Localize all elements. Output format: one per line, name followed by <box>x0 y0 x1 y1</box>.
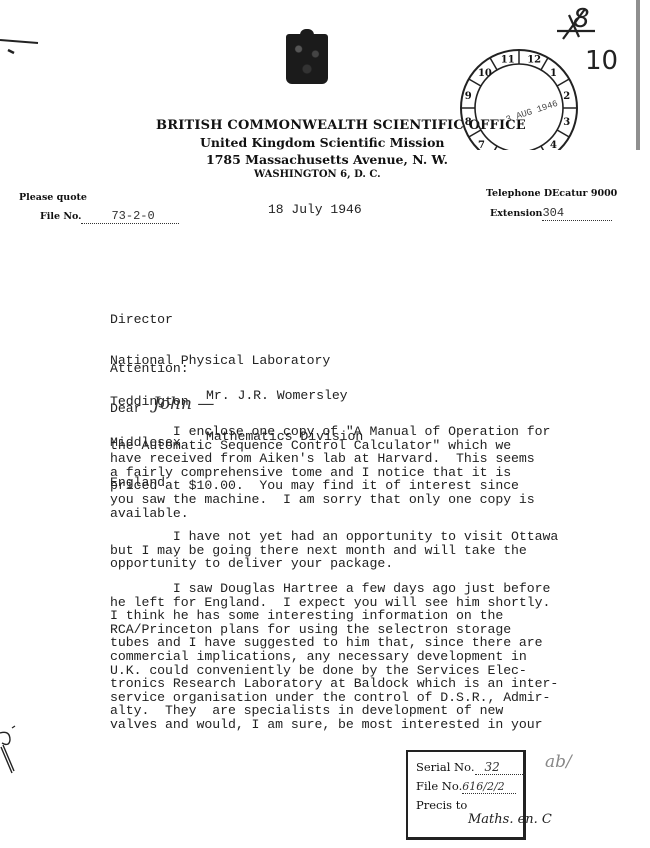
stamp-dial-number: 11 <box>501 55 515 66</box>
body-line: I think he has some interesting informat… <box>110 609 558 623</box>
stamp-dial-number: 12 <box>527 55 541 66</box>
body-line: available. <box>110 507 550 521</box>
body-line: I enclose one copy of "A Manual of Opera… <box>110 425 550 439</box>
body-line: a fairly comprehensive tome and I notice… <box>110 466 550 480</box>
body-paragraph-3: I saw Douglas Hartree a few days ago jus… <box>110 582 558 732</box>
body-line: I have not yet had an opportunity to vis… <box>110 530 558 544</box>
body-line: the Automatic Sequence Control Calculato… <box>110 439 550 453</box>
handwritten-mark-10: 10 <box>585 46 618 76</box>
body-line: tubes and I have suggested to him that, … <box>110 636 558 650</box>
stamp-dial-number: 7 <box>478 140 485 150</box>
body-line: have received from Aiken's lab at Harvar… <box>110 452 550 466</box>
attention-label: Attention: <box>110 362 189 376</box>
serial-no-label: Serial No. <box>416 760 475 774</box>
body-line: but I may be going there next month and … <box>110 544 558 558</box>
file-no-label: File No. <box>40 211 81 222</box>
body-line: you saw the machine. I am sorry that onl… <box>110 493 550 507</box>
extension-value: 304 <box>542 206 612 221</box>
recipient-line: Director <box>110 313 330 327</box>
body-line: he left for England. I expect you will s… <box>110 596 558 610</box>
body-paragraph-2: I have not yet had an opportunity to vis… <box>110 530 558 571</box>
body-line: valves and would, I am sure, be most int… <box>110 718 558 732</box>
stamp-date: 3 AUG 1946 <box>505 99 559 125</box>
body-line: RCA/Princeton plans for using the select… <box>110 623 558 637</box>
please-quote-label: Please quote <box>19 192 87 203</box>
registry-file-no-label: File No. <box>416 779 462 793</box>
body-paragraph-1: I enclose one copy of "A Manual of Opera… <box>110 425 550 520</box>
extension-label: Extension <box>490 208 542 219</box>
salutation-signature-name: John — <box>153 394 214 414</box>
body-line: commercial implications, any necessary d… <box>110 650 558 664</box>
file-no-value: 73-2-0 <box>81 209 179 224</box>
letter-date: 18 July 1946 <box>268 202 362 217</box>
body-line: I saw Douglas Hartree a few days ago jus… <box>110 582 558 596</box>
stamp-dial-number: 4 <box>550 140 557 150</box>
precis-value: Maths. en. C <box>468 812 552 827</box>
stamp-dial-number: 2 <box>563 91 570 102</box>
precis-label: Precis to <box>416 798 467 812</box>
serial-no-value: 32 <box>475 760 525 775</box>
telephone-label: Telephone DEcatur 9000 <box>486 188 617 199</box>
handwritten-scribble-icon <box>555 5 600 45</box>
serial-no-field: Serial No.32 <box>416 760 525 775</box>
page-edge-mark <box>636 0 640 150</box>
letterhead-mission: United Kingdom Scientific Mission <box>200 135 445 150</box>
salutation-prefix: Dear <box>110 402 141 416</box>
stamp-dial-number: 1 <box>550 68 557 79</box>
letterhead-city: WASHINGTON 6, D. C. <box>254 169 381 180</box>
extension-field: Extension304 <box>490 206 612 221</box>
body-line: priced at $10.00. You may find it of int… <box>110 479 550 493</box>
stamp-dial-number: 9 <box>465 91 472 102</box>
margin-handwritten-mark-icon <box>0 725 20 775</box>
stamp-dial-number: 8 <box>465 117 472 128</box>
registry-file-no-value: 616/2/2 <box>462 780 516 794</box>
margin-initials: ab/ <box>545 752 572 772</box>
body-line: opportunity to deliver your package. <box>110 557 558 571</box>
registry-box: Serial No.32 File No.616/2/2 Precis to M… <box>406 750 526 840</box>
body-line: tronics Research Laboratory at Baldock w… <box>110 677 558 691</box>
stamp-dial-number: 10 <box>478 68 492 79</box>
attention-name: Mr. J.R. Womersley <box>206 389 363 403</box>
body-line: service organisation under the control o… <box>110 691 558 705</box>
received-date-stamp: 121234567891011 3 AUG 1946 <box>455 38 595 150</box>
body-line: alty. They are specialists in developmen… <box>110 704 558 718</box>
registry-file-no-field: File No.616/2/2 <box>416 779 516 794</box>
file-no-field: File No.73-2-0 <box>40 209 179 224</box>
margin-pen-stroke-icon <box>0 30 45 60</box>
stamp-dial-number: 3 <box>563 117 570 128</box>
body-line: U.K. could conveniently be done by the S… <box>110 664 558 678</box>
coat-of-arms-icon <box>286 34 328 84</box>
letterhead-address: 1785 Massachusetts Avenue, N. W. <box>206 152 448 167</box>
